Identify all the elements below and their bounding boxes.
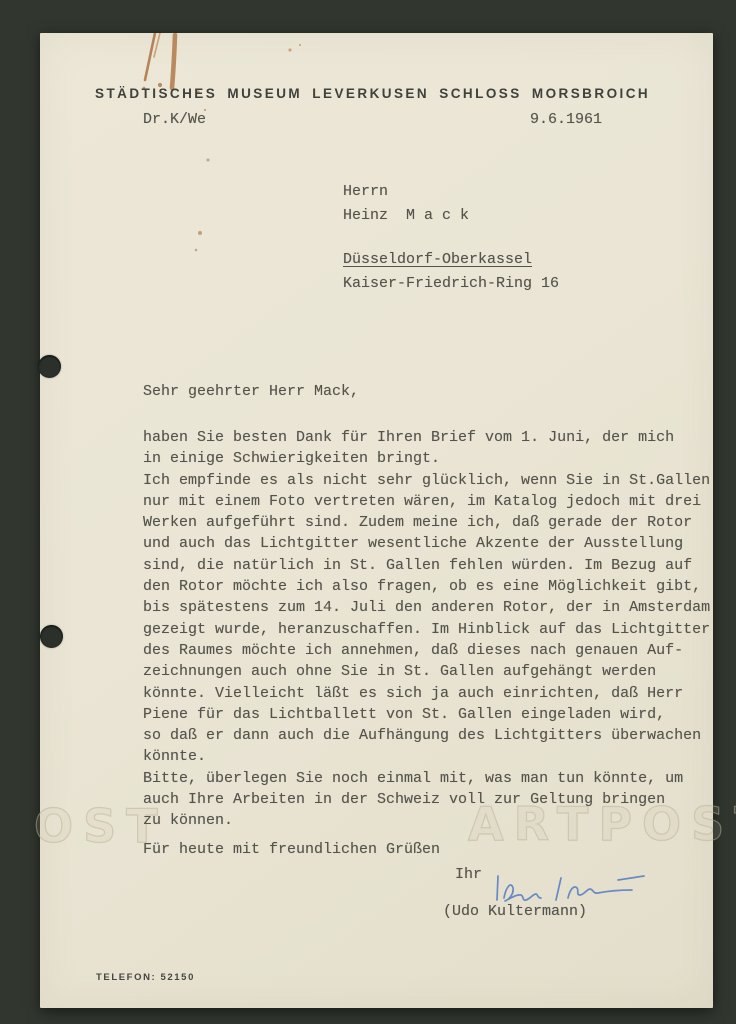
body-line: nur mit einem Foto vertreten wären, im K…: [143, 491, 710, 512]
letter-body: haben Sie besten Dank für Ihren Brief vo…: [143, 427, 710, 832]
letter-paper: OST ARTPOST STÄDTISCHES MUSEUM LEVERKUSE…: [40, 33, 713, 1008]
body-line: auch Ihre Arbeiten in der Schweiz voll z…: [143, 789, 710, 810]
body-line: des Raumes möchte ich annehmen, daß dies…: [143, 640, 710, 661]
letter-date: 9.6.1961: [530, 111, 602, 128]
recipient-name: Heinz M a c k: [343, 207, 469, 224]
scan-background: OST ARTPOST STÄDTISCHES MUSEUM LEVERKUSE…: [0, 0, 736, 1024]
body-line: könnte. Vielleicht läßt es sich ja auch …: [143, 683, 710, 704]
letterhead-organization: STÄDTISCHES MUSEUM LEVERKUSEN SCHLOSS MO…: [95, 86, 650, 101]
body-line: bis spätestens zum 14. Juli den anderen …: [143, 597, 710, 618]
punch-hole-top: [38, 355, 61, 378]
letter-greeting: Sehr geehrter Herr Mack,: [143, 383, 359, 400]
letter-reference: Dr.K/We: [143, 111, 206, 128]
body-line: Werken aufgeführt sind. Zudem meine ich,…: [143, 512, 710, 533]
body-line: zu können.: [143, 810, 710, 831]
body-line: haben Sie besten Dank für Ihren Brief vo…: [143, 427, 710, 448]
recipient-city: Düsseldorf-Oberkassel: [343, 251, 532, 268]
signer-name: (Udo Kultermann): [443, 903, 587, 920]
body-line: sind, die natürlich in St. Gallen fehlen…: [143, 555, 710, 576]
body-line: den Rotor möchte ich also fragen, ob es …: [143, 576, 710, 597]
recipient-street: Kaiser-Friedrich-Ring 16: [343, 275, 559, 292]
footer-telephone: TELEFON: 52150: [96, 972, 195, 983]
body-line: Bitte, überlegen Sie noch einmal mit, wa…: [143, 768, 710, 789]
body-line: so daß er dann auch die Aufhängung des L…: [143, 725, 710, 746]
body-line: Piene für das Lichtballett von St. Galle…: [143, 704, 710, 725]
body-line: in einige Schwierigkeiten bringt.: [143, 448, 710, 469]
handwritten-signature: [468, 858, 668, 938]
punch-hole-bottom: [40, 625, 63, 648]
rust-stain: [130, 33, 330, 293]
body-line: zeichnungen auch ohne Sie in St. Gallen …: [143, 661, 710, 682]
letter-closing: Für heute mit freundlichen Grüßen: [143, 841, 440, 858]
body-line: könnte.: [143, 746, 710, 767]
body-line: und auch das Lichtgitter wesentliche Akz…: [143, 533, 710, 554]
body-line: Ich empfinde es als nicht sehr glücklich…: [143, 470, 710, 491]
body-line: gezeigt wurde, heranzuschaffen. Im Hinbl…: [143, 619, 710, 640]
recipient-title: Herrn: [343, 183, 388, 200]
